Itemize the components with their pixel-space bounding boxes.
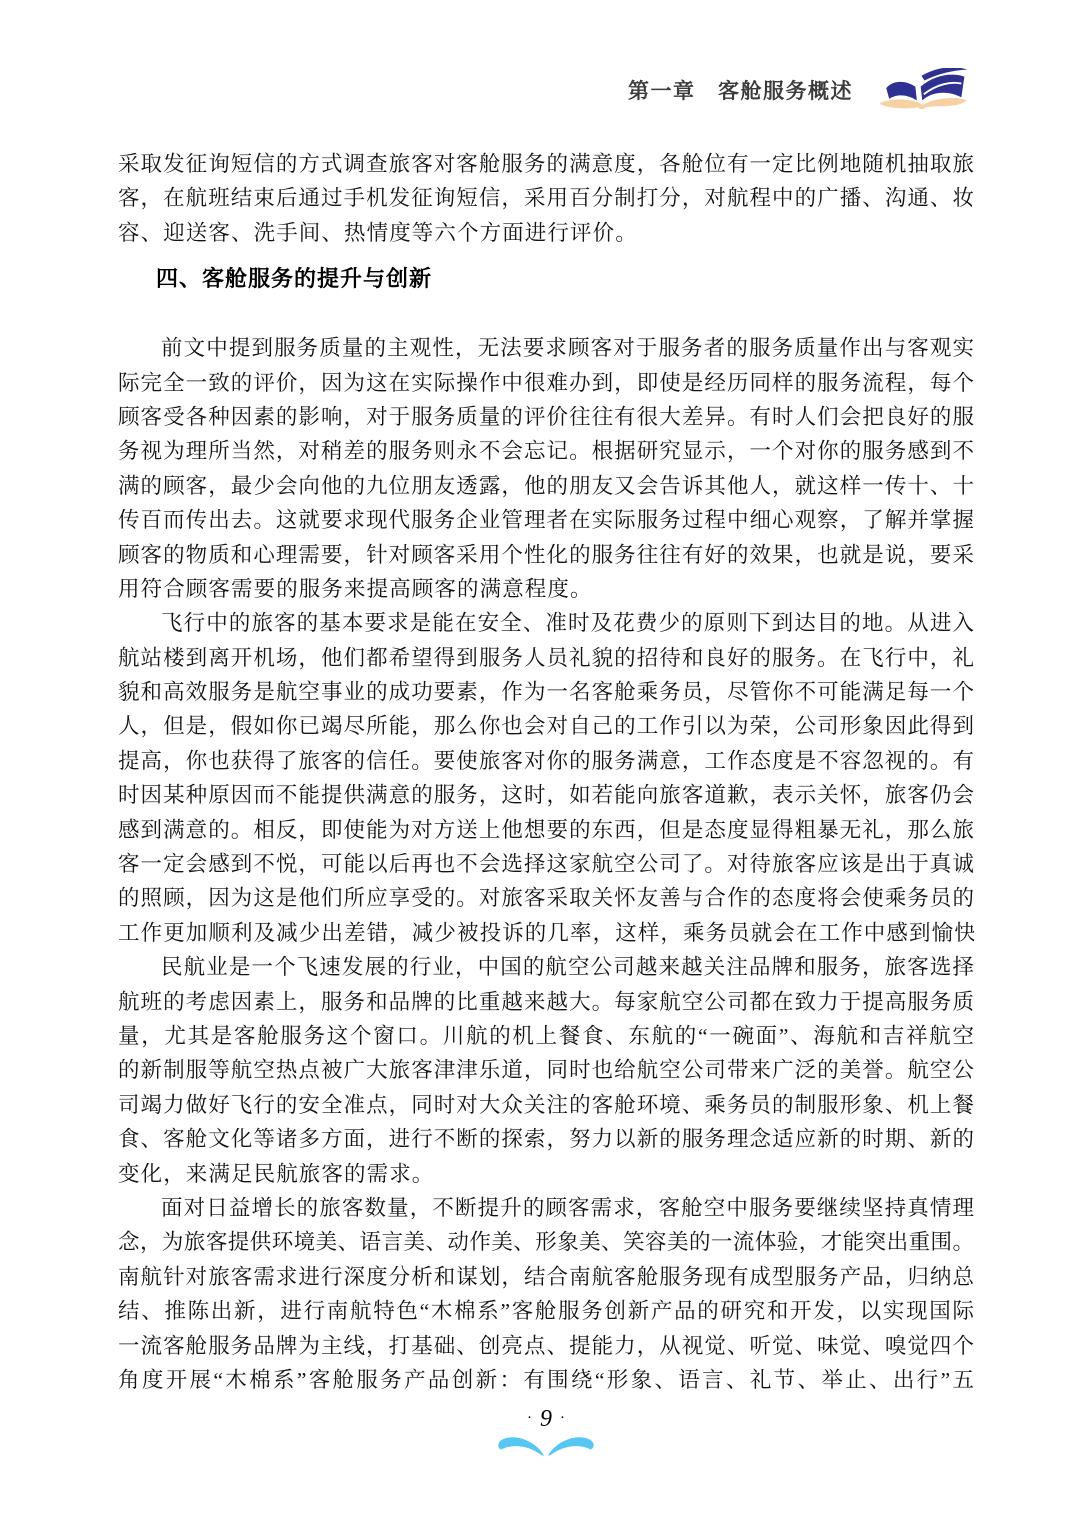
paragraph: 面对日益增长的旅客数量，不断提升的顾客需求，客舱空中服务要继续坚持真情理念，为旅… <box>118 1191 974 1397</box>
page-content: 采取发征询短信的方式调查旅客对客舱服务的满意度，各舱位有一定比例地随机抽取旅客，… <box>118 147 974 1397</box>
book-left-cover <box>886 82 917 101</box>
text-line: 工作更加顺利及减少出差错，减少被投诉的几率，这样，乘务员就会在工作中感到愉快。 <box>118 916 974 950</box>
text-line: 人，但是，假如你已竭尽所能，那么你也会对自己的工作引以为荣，公司形象因此得到 <box>118 709 974 743</box>
paragraph-continued: 采取发征询短信的方式调查旅客对客舱服务的满意度，各舱位有一定比例地随机抽取旅客，… <box>118 147 974 250</box>
text-line: 结、推陈出新，进行南航特色“木棉系”客舱服务创新产品的研究和开发，以实现国际 <box>118 1294 974 1328</box>
chapter-header-label: 第一章 客舱服务概述 <box>628 68 853 116</box>
page-number: ·9· <box>0 1405 1092 1432</box>
splash-right-wing <box>548 1437 594 1455</box>
text-line: 念，为旅客提供环境美、语言美、动作美、形象美、笑容美的一流体验，才能突出重围。 <box>118 1225 974 1259</box>
text-line: 貌和高效服务是航空事业的成功要素，作为一名客舱乘务员，尽管你不可能满足每一个 <box>118 675 974 709</box>
text-line: 客，在航班结束后通过手机发征询短信，采用百分制打分，对航程中的广播、沟通、妆 <box>118 181 974 215</box>
text-line: 民航业是一个飞速发展的行业，中国的航空公司越来越关注品牌和服务，旅客选择 <box>118 950 974 984</box>
text-line: 变化，来满足民航旅客的需求。 <box>118 1157 974 1191</box>
text-line: 采取发征询短信的方式调查旅客对客舱服务的满意度，各舱位有一定比例地随机抽取旅 <box>118 147 974 181</box>
text-line: 一流客舱服务品牌为主线，打基础、创亮点、提能力，从视觉、听觉、味觉、嗅觉四个 <box>118 1329 974 1363</box>
splash-left-wing <box>498 1437 544 1455</box>
text-line: 时因某种原因而不能提供满意的服务，这时，如若能向旅客道歉，表示关怀，旅客仍会 <box>118 778 974 812</box>
section-heading: 四、客舱服务的提升与创新 <box>156 264 974 294</box>
text-line: 的新制服等航空热点被广大旅客津津乐道，同时也给航空公司带来广泛的美誉。航空公 <box>118 1053 974 1087</box>
text-line: 量，尤其是客舱服务这个窗口。川航的机上餐食、东航的“一碗面”、海航和吉祥航空 <box>118 1019 974 1053</box>
text-line: 提高，你也获得了旅客的信任。要使旅客对你的服务满意，工作态度是不容忽视的。有 <box>118 744 974 778</box>
text-line: 用符合顾客需要的服务来提高顾客的满意程度。 <box>118 572 974 606</box>
text-line: 飞行中的旅客的基本要求是能在安全、准时及花费少的原则下到达目的地。从进入 <box>118 606 974 640</box>
text-line: 传百而传出去。这就要求现代服务企业管理者在实际服务过程中细心观察，了解并掌握 <box>118 503 974 537</box>
text-line: 感到满意的。相反，即使能为对方送上他想要的东西，但是态度显得粗暴无礼，那么旅 <box>118 813 974 847</box>
paragraph: 飞行中的旅客的基本要求是能在安全、准时及花费少的原则下到达目的地。从进入航站楼到… <box>118 606 974 950</box>
book-page: 第一章 客舱服务概述 采取发征询短信的方式调查旅客对客舱服务的满意度，各舱位有一… <box>0 0 1092 1535</box>
text-line: 航站楼到离开机场，他们都希望得到服务人员礼貌的招待和良好的服务。在飞行中，礼 <box>118 641 974 675</box>
paragraph: 前文中提到服务质量的主观性，无法要求顾客对于服务者的服务质量作出与客观实际完全一… <box>118 331 974 606</box>
text-line: 顾客受各种因素的影响，对于服务质量的评价往往有很大差异。有时人们会把良好的服 <box>118 400 974 434</box>
splash-ornament-icon <box>495 1434 597 1457</box>
text-line: 前文中提到服务质量的主观性，无法要求顾客对于服务者的服务质量作出与客观实 <box>118 331 974 365</box>
text-line: 航班的考虑因素上，服务和品牌的比重越来越大。每家航空公司都在致力于提高服务质 <box>118 985 974 1019</box>
page-header: 第一章 客舱服务概述 <box>628 68 969 116</box>
text-line: 面对日益增长的旅客数量，不断提升的顾客需求，客舱空中服务要继续坚持真情理 <box>118 1191 974 1225</box>
page-number-left-dot: · <box>527 1410 532 1426</box>
open-book-icon <box>877 68 969 116</box>
text-line: 的照顾，因为这是他们所应享受的。对旅客采取关怀友善与合作的态度将会使乘务员的 <box>118 881 974 915</box>
text-line: 南航针对旅客需求进行深度分析和谋划，结合南航客舱服务现有成型服务产品，归纳总 <box>118 1260 974 1294</box>
text-line: 际完全一致的评价，因为这在实际操作中很难办到，即使是经历同样的服务流程，每个 <box>118 366 974 400</box>
text-line: 客一定会感到不悦，可能以后再也不会选择这家航空公司了。对待旅客应该是出于真诚 <box>118 847 974 881</box>
page-number-value: 9 <box>540 1406 552 1432</box>
text-line: 司竭力做好飞行的安全准点，同时对大众关注的客舱环境、乘务员的制服形象、机上餐 <box>118 1088 974 1122</box>
text-line: 满的顾客，最少会向他的九位朋友透露，他的朋友又会告诉其他人，就这样一传十、十 <box>118 469 974 503</box>
text-line: 食、客舱文化等诸多方面，进行不断的探索，努力以新的服务理念适应新的时期、新的 <box>118 1122 974 1156</box>
text-line: 角度开展“木棉系”客舱服务产品创新：有围绕“形象、语言、礼节、举止、出行”五 <box>118 1363 974 1397</box>
text-line: 务视为理所当然，对稍差的服务则永不会忘记。根据研究显示，一个对你的服务感到不 <box>118 434 974 468</box>
paragraph: 民航业是一个飞速发展的行业，中国的航空公司越来越关注品牌和服务，旅客选择航班的考… <box>118 950 974 1191</box>
section-paragraphs: 前文中提到服务质量的主观性，无法要求顾客对于服务者的服务质量作出与客观实际完全一… <box>118 331 974 1397</box>
text-line: 容、迎送客、洗手间、热情度等六个方面进行评价。 <box>118 216 974 250</box>
text-line: 顾客的物质和心理需要，针对顾客采用个性化的服务往往有好的效果，也就是说，要采 <box>118 538 974 572</box>
page-number-right-dot: · <box>560 1410 565 1426</box>
